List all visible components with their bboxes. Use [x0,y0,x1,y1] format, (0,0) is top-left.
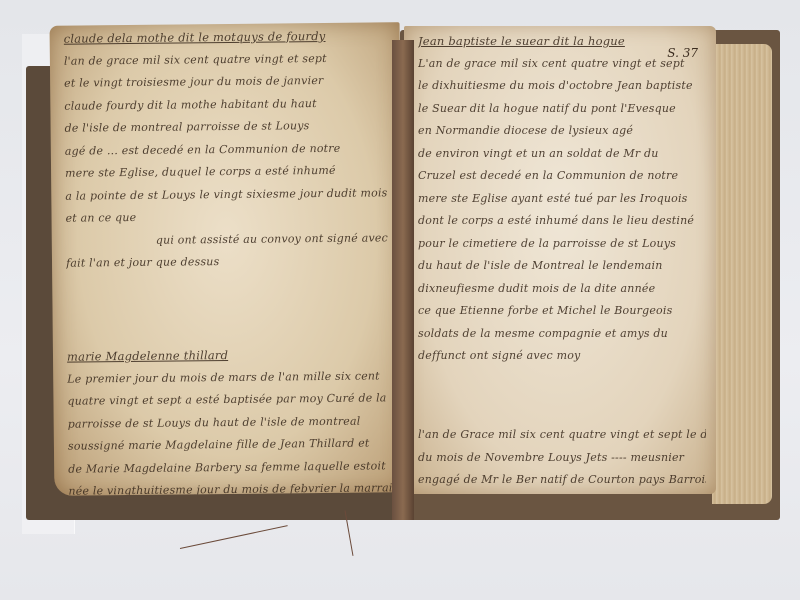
text-line: engagé de Mr le Ber natif de Courton pay… [418,469,706,492]
text-line: mere ste Eglise ayant esté tué par les I… [418,188,706,211]
text-line: le dixhuitiesme du mois d'octobre Jean b… [418,75,706,98]
text-line: du mois de Novembre Louys Jets ---- meus… [418,447,706,470]
text-line: pour le cimetiere de la parroisse de st … [418,233,706,256]
text-line: dixneufiesme dudit mois de la dite année [418,278,706,301]
left-entry-2: marie Magdelenne thillard Le premier jou… [67,342,395,496]
text-line: soldats de la mesme compagnie et amys du [418,323,706,346]
text-line: ce que Etienne forbe et Michel le Bourge… [418,300,706,323]
text-line: le Suear dit la hogue natif du pont l'Ev… [418,98,706,121]
right-entry-2: l'an de Grace mil six cent quatre vingt … [418,424,706,492]
book-spine [392,40,414,520]
page-edges [712,44,772,504]
text-line: en Normandie diocese de lysieux agé [418,120,706,143]
text-line: dont le corps a esté inhumé dans le lieu… [418,210,706,233]
right-page: S. 37 Jean baptiste le suear dit la hogu… [404,26,716,494]
left-entry-1: claude dela mothe dit le motquys de four… [64,24,393,275]
text-line: du haut de l'isle de Montreal le lendema… [418,255,706,278]
text-line: l'an de Grace mil six cent quatre vingt … [418,424,706,447]
text-line: L'an de grace mil six cent quatre vingt … [418,53,706,76]
right-entry-1: Jean baptiste le suear dit la hogue L'an… [418,30,706,368]
left-page: claude dela mothe dit le motquys de four… [50,22,405,496]
text-line: Cruzel est decedé en la Communion de not… [418,165,706,188]
text-line: de environ vingt et un an soldat de Mr d… [418,143,706,166]
entry-heading: Jean baptiste le suear dit la hogue [418,30,706,53]
text-line: deffunct ont signé avec moy [418,345,706,368]
text-line: fait l'an et jour que dessus [66,249,392,275]
